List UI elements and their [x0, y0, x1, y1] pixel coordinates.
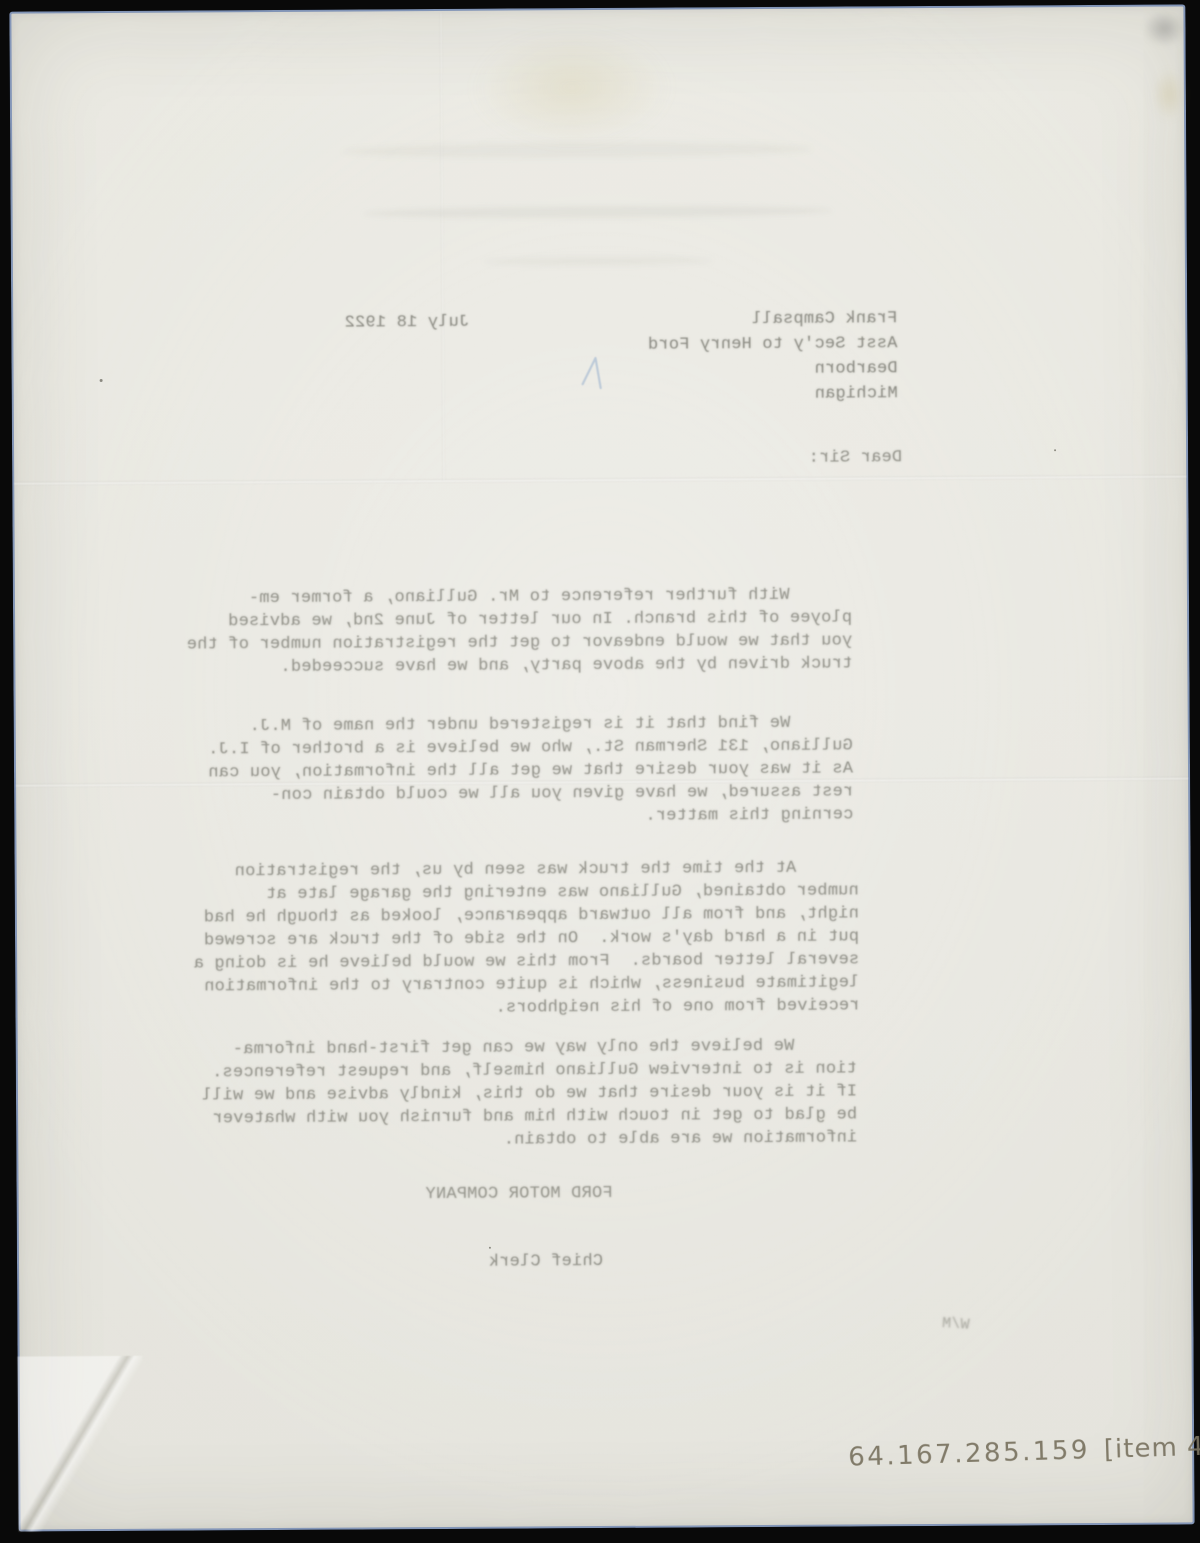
photo-background: Frank Campsall Asst Sec'y to Henry Ford … — [0, 0, 1200, 1543]
body-paragraph-4: We believe the only way we can get first… — [201, 1034, 857, 1153]
item-label: [item 4] — [1103, 1431, 1200, 1464]
signature-company: FORD MOTOR COMPANY — [425, 1182, 612, 1206]
body-paragraph-3: At the time the truck was seen by us, th… — [193, 856, 860, 1021]
salutation: Dear Sir: — [808, 446, 902, 470]
body-paragraph-1: With further reference to Mr. Gulliano, … — [186, 583, 852, 679]
bleedthrough-layer: Frank Campsall Asst Sec'y to Henry Ford … — [11, 6, 1192, 1529]
signature-title: Chief Clerk — [489, 1250, 604, 1274]
typist-initials: W/M — [941, 1312, 970, 1337]
letter-paper: Frank Campsall Asst Sec'y to Henry Ford … — [9, 4, 1194, 1531]
letter-date: July 18 1922 — [344, 311, 469, 335]
body-paragraph-2: We find that it is registered under the … — [208, 711, 854, 830]
recipient-block: Frank Campsall Asst Sec'y to Henry Ford … — [648, 306, 898, 408]
blue-pencil-mark — [575, 350, 615, 398]
